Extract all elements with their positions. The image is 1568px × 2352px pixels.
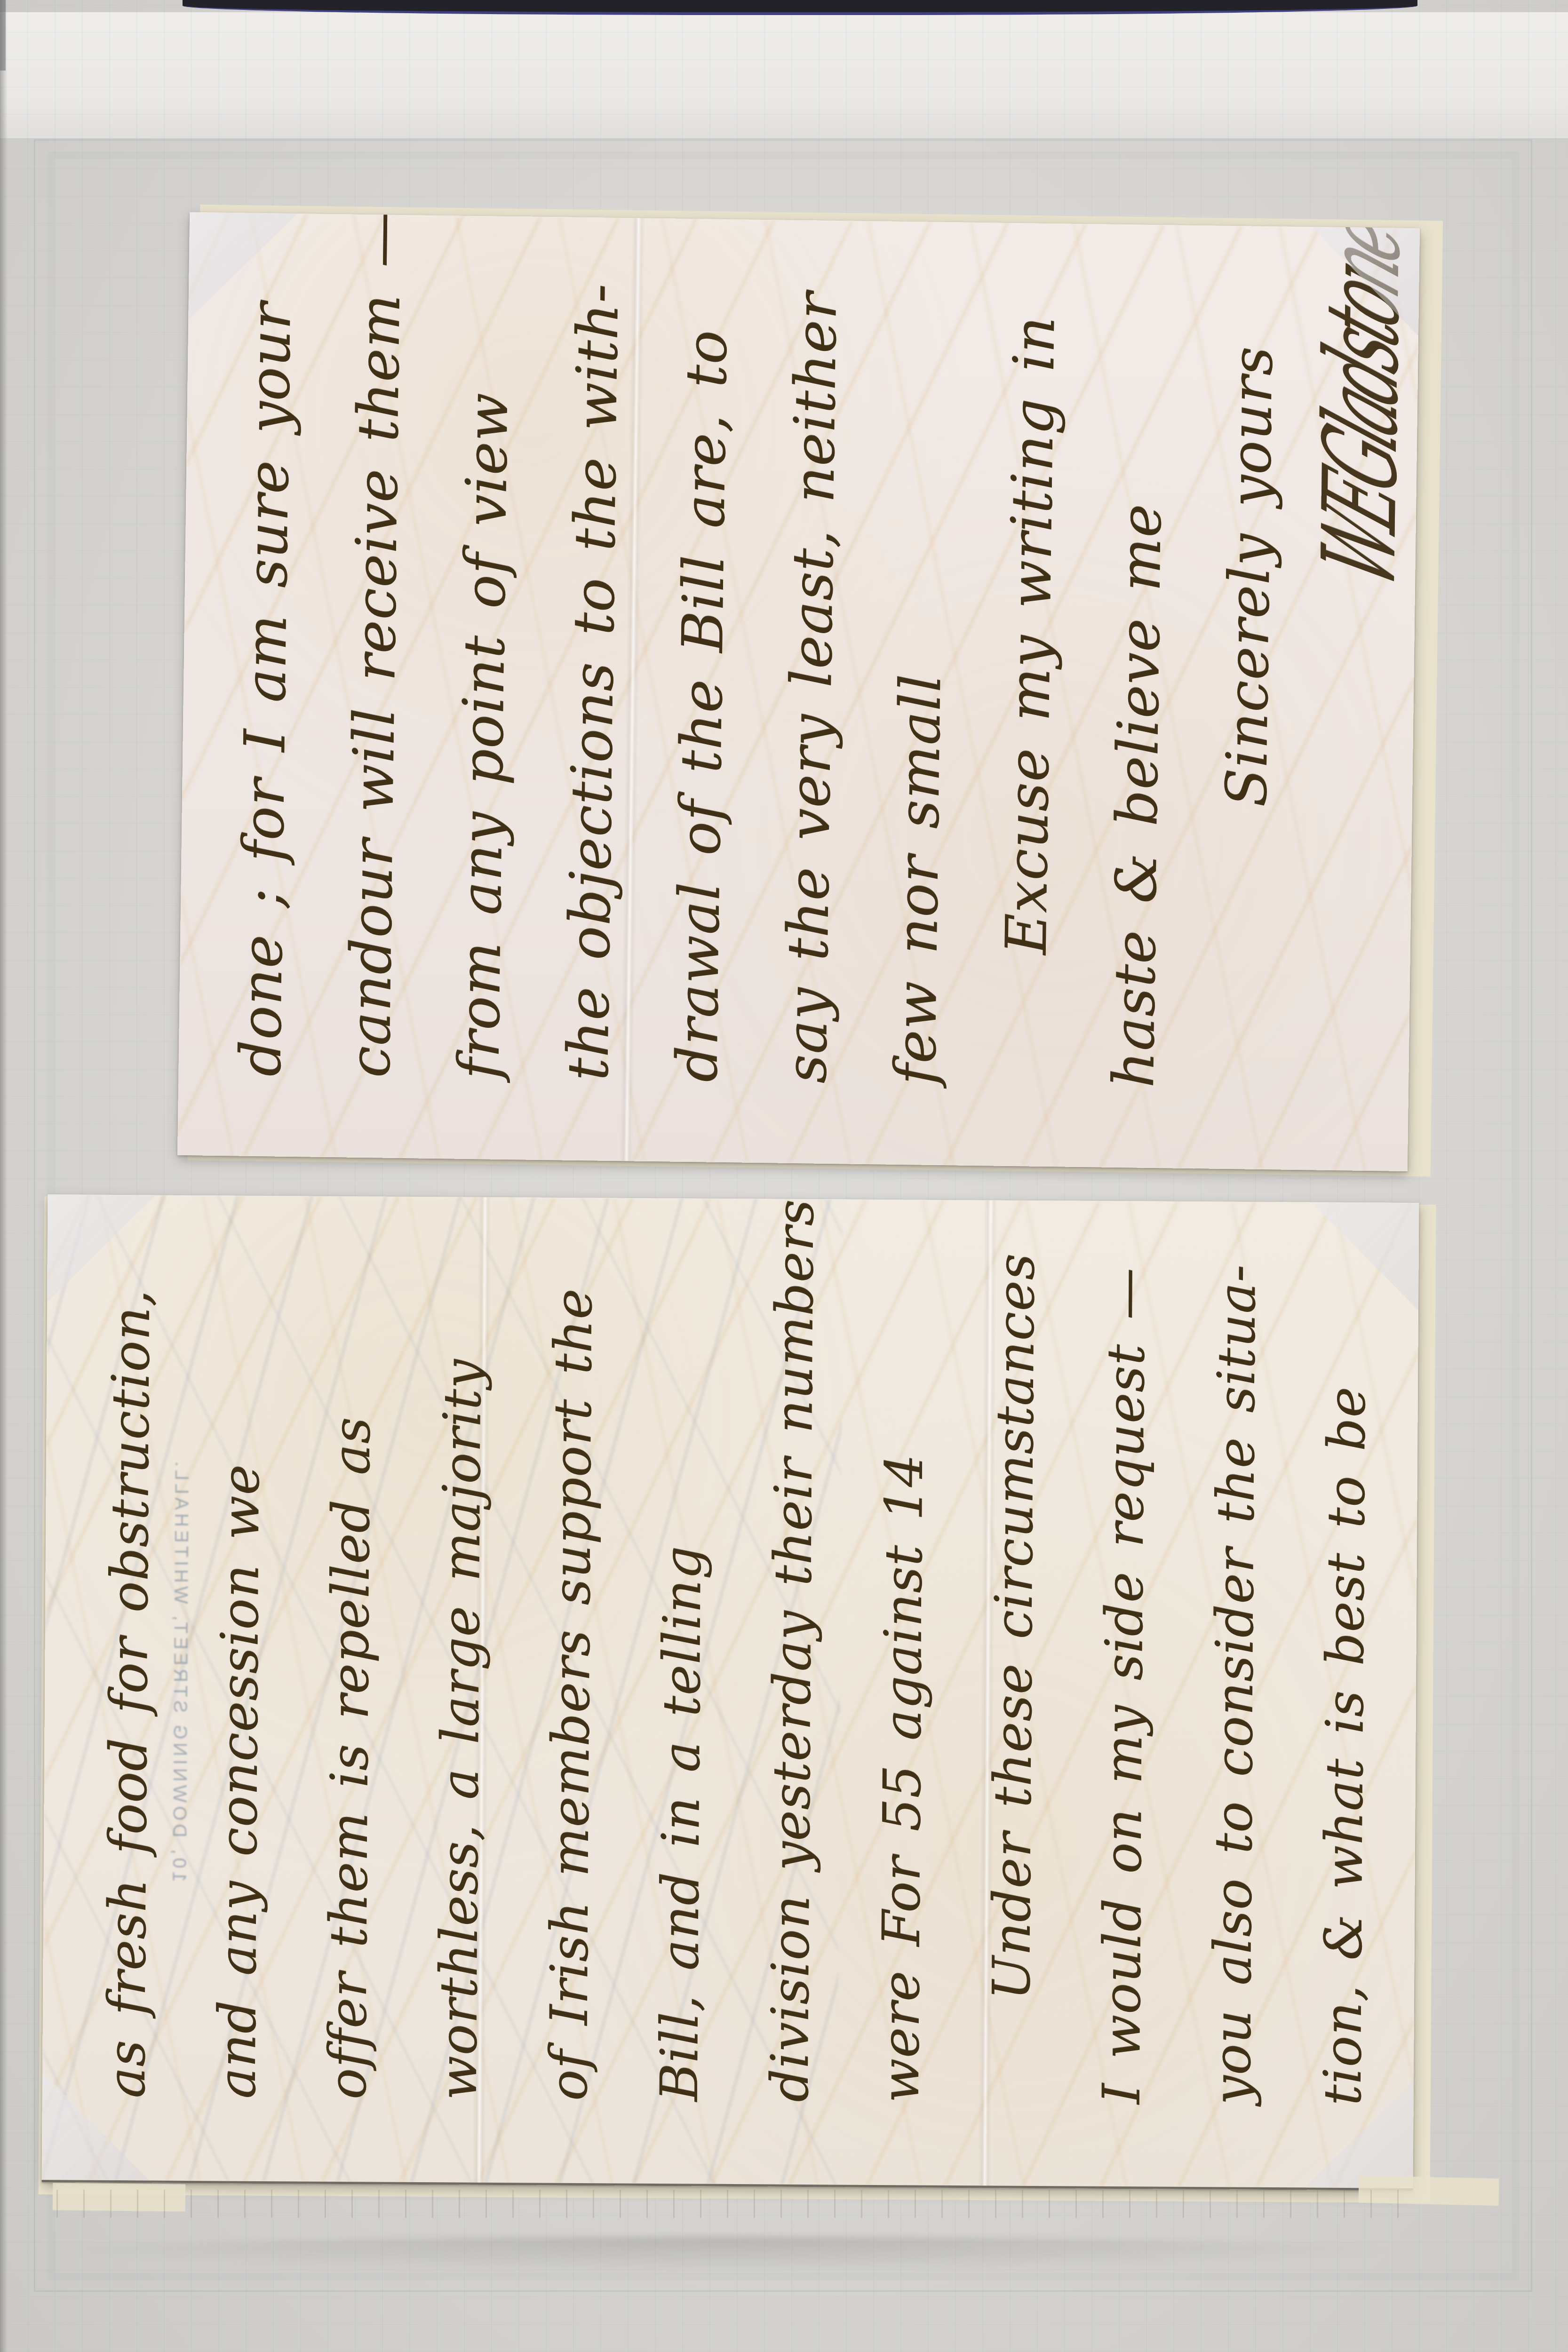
letter-line: the objections to the with-: [534, 269, 654, 1081]
letter-line: from any point of view: [425, 267, 545, 1080]
letter-line: were For 55 against 14: [845, 1242, 961, 2103]
page-shadow: [14, 2237, 1435, 2274]
letter-line: say the very least, neither: [752, 271, 872, 1084]
letter-line: worthless, a large majority: [403, 1239, 519, 2100]
letter-line: and any concession we: [182, 1238, 298, 2099]
tissue-fringe: [56, 2190, 1407, 2218]
letter-line: haste & believe me: [1080, 276, 1200, 1089]
handwriting-block: as fresh food for obstruction, and any c…: [42, 1194, 1419, 2188]
letter-line: drawal of the Bill are, to: [643, 270, 763, 1083]
letter-line: done ; for I am sure your: [207, 264, 326, 1077]
letter-line: Bill, and in a telling: [624, 1240, 740, 2102]
letter-line: Under these circumstances: [956, 1242, 1072, 2000]
letter-line: I would on my side request —: [1067, 1243, 1182, 2104]
letter-line: candour will receive them —: [316, 266, 436, 1079]
letter-page-top: done ; for I am sure your candour will r…: [177, 212, 1420, 1171]
album-edge-notch: [0, 0, 6, 71]
letter-line: of Irish members support the: [514, 1240, 629, 2101]
letter-line: you also to consider the situa-: [1177, 1244, 1293, 2105]
album-top-strip: [0, 12, 1568, 139]
letter-closing: Sincerely yours: [1193, 277, 1309, 808]
signature-line: WEGladstone: [1305, 278, 1420, 593]
letter-line: Excuse my writing in: [972, 274, 1090, 955]
album-photo: done ; for I am sure your candour will r…: [0, 0, 1568, 2352]
album-left-edge: [0, 0, 8, 2352]
letter-line: as fresh food for obstruction,: [72, 1237, 187, 2098]
letter-line: tion, & what is best to be: [1288, 1244, 1403, 2106]
handwriting-block: done ; for I am sure your candour will r…: [177, 212, 1420, 1171]
letter-line: offer them is repelled as: [293, 1238, 408, 2099]
letter-line: few nor small: [861, 273, 981, 1086]
letter-page-bottom: 10, DOWNING STREET, WHITEHALL. as fresh …: [42, 1194, 1419, 2191]
letter-line: division yesterday their numbers: [735, 1241, 851, 2102]
